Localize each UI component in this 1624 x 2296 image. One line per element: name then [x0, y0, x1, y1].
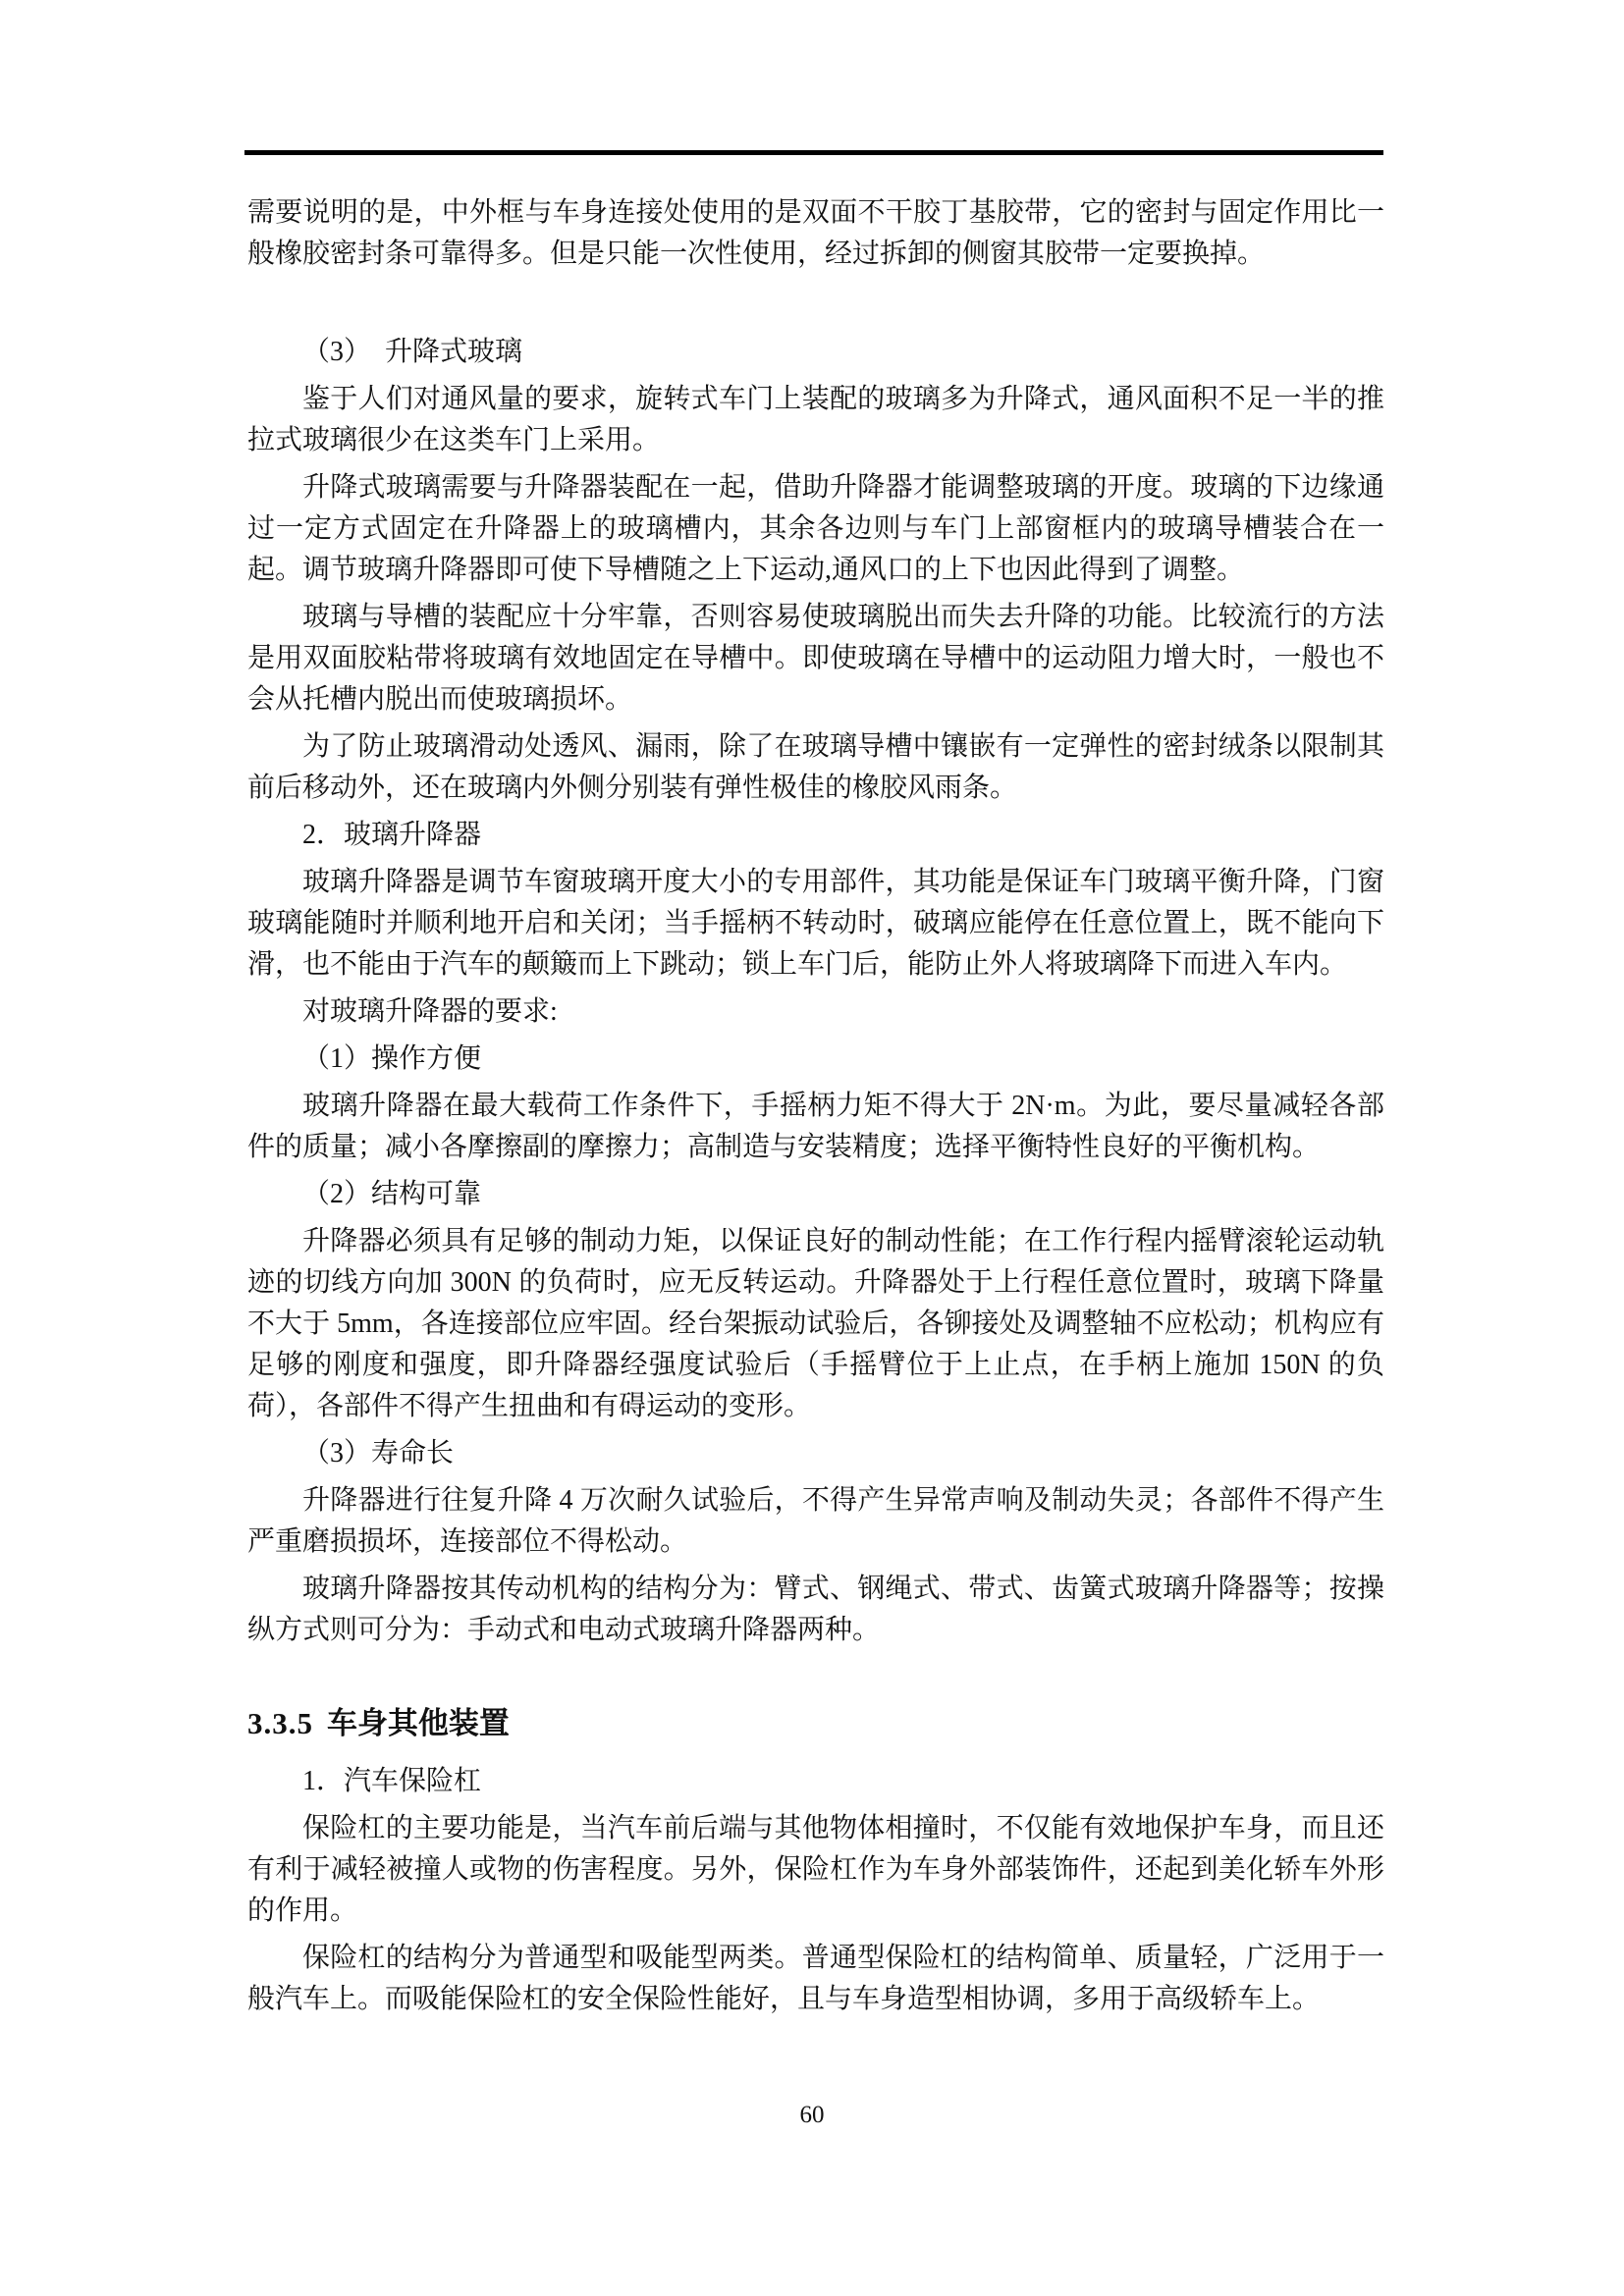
paragraph-ventilation: 鉴于人们对通风量的要求，旋转式车门上装配的玻璃多为升降式，通风面积不足一半的推拉…	[247, 379, 1384, 461]
sub-heading-lifting-glass: （3） 升降式玻璃	[247, 332, 1384, 373]
paragraph-reliable-structure: 升降器必须具有足够的制动力矩，以保证良好的制动性能；在工作行程内摇臂滚轮运动轨迹…	[247, 1221, 1384, 1427]
paragraph-long-life: 升降器进行往复升降 4 万次耐久试验后，不得产生异常声响及制动失灵；各部件不得产…	[247, 1480, 1384, 1563]
section-heading: 3.3.5车身其他装置	[247, 1702, 1384, 1745]
paragraph-tape-note: 需要说明的是，中外框与车身连接处使用的是双面不干胶丁基胶带，它的密封与固定作用比…	[247, 192, 1384, 275]
document-page: { "document": { "page_number": "60", "se…	[0, 0, 1624, 2296]
paragraph-easy-operation: 玻璃升降器在最大载荷工作条件下，手摇柄力矩不得大于 2N·m。为此，要尽量减轻各…	[247, 1086, 1384, 1168]
sub-heading-reliable-structure: （2）结构可靠	[247, 1174, 1384, 1215]
sub-heading-easy-operation: （1）操作方便	[247, 1039, 1384, 1080]
paragraph-regulator-function: 玻璃升降器是调节车窗玻璃开度大小的专用部件，其功能是保证车门玻璃平衡升降，门窗玻…	[247, 862, 1384, 986]
paragraph-glass-regulator-assembly: 升降式玻璃需要与升降器装配在一起，借助升降器才能调整玻璃的开度。玻璃的下边缘通过…	[247, 467, 1384, 591]
sub-heading-long-life: （3）寿命长	[247, 1433, 1384, 1474]
header-rule	[244, 150, 1383, 155]
page-number: 60	[0, 2101, 1624, 2130]
paragraph-bumper-function: 保险杠的主要功能是，当汽车前后端与其他物体相撞时，不仅能有效地保护车身，而且还有…	[247, 1808, 1384, 1932]
section-number: 3.3.5	[247, 1706, 313, 1740]
sub-heading-glass-regulator: 2．玻璃升降器	[247, 815, 1384, 856]
paragraph-regulator-types: 玻璃升降器按其传动机构的结构分为：臂式、钢绳式、带式、齿簧式玻璃升降器等；按操纵…	[247, 1569, 1384, 1651]
text-column: 需要说明的是，中外框与车身连接处使用的是双面不干胶丁基胶带，它的密封与固定作用比…	[247, 187, 1384, 2026]
sub-heading-regulator-requirements: 对玻璃升降器的要求:	[247, 991, 1384, 1033]
paragraph-bumper-types: 保险杠的结构分为普通型和吸能型两类。普通型保险杠的结构简单、质量轻，广泛用于一般…	[247, 1938, 1384, 2020]
paragraph-glass-guide-fit: 玻璃与导槽的装配应十分牢靠，否则容易使玻璃脱出而失去升降的功能。比较流行的方法是…	[247, 597, 1384, 721]
sub-heading-bumper: 1．汽车保险杠	[247, 1761, 1384, 1802]
section-title: 车身其他装置	[327, 1706, 510, 1740]
paragraph-sealing-strips: 为了防止玻璃滑动处透风、漏雨，除了在玻璃导槽中镶嵌有一定弹性的密封绒条以限制其前…	[247, 726, 1384, 809]
